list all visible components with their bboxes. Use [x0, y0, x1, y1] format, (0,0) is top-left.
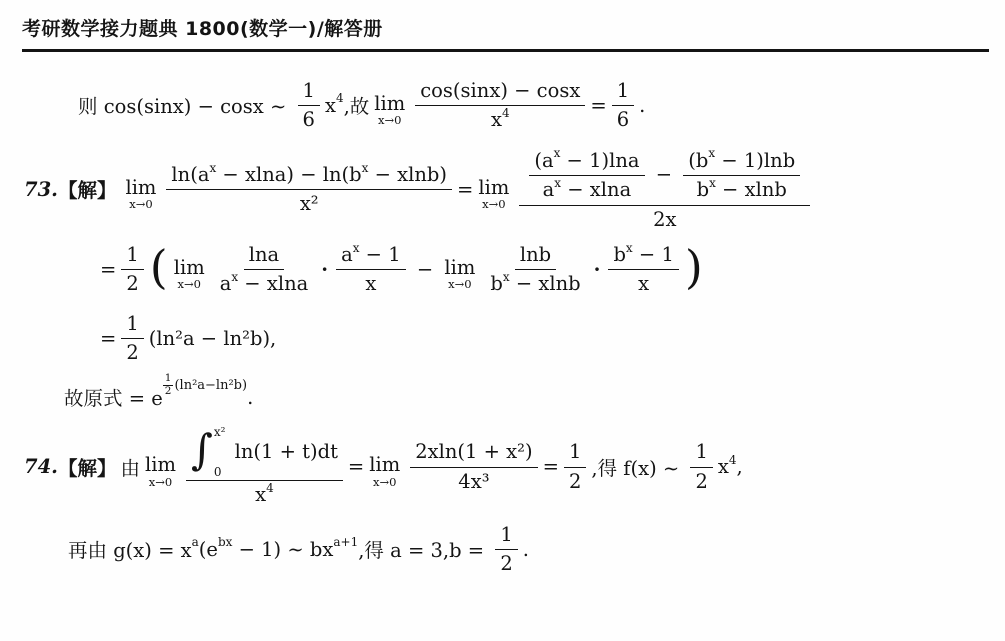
math-text: ,得 f(x) ∼	[591, 453, 685, 481]
fraction-denominator: x	[360, 270, 381, 296]
math-text: a	[341, 243, 353, 267]
equals-sign: =	[457, 178, 473, 201]
equals-sign: =	[100, 327, 116, 350]
math-text: b	[613, 243, 625, 267]
equals-sign: =	[100, 258, 116, 281]
minus-sign: −	[411, 258, 440, 281]
fraction-numerator: 1	[121, 242, 143, 270]
math-text: (a	[534, 149, 553, 173]
fraction-numerator: ∫ x² 0 ln(1 + t)dt	[186, 425, 343, 481]
math-text: x	[491, 108, 502, 132]
fraction-numerator: cos(sinx) − cosx	[415, 78, 585, 106]
fraction-numerator: bx − 1	[608, 242, 678, 270]
fraction-denominator: 2	[121, 270, 143, 296]
math-text: − 1	[633, 243, 674, 267]
math-text: b	[697, 178, 709, 202]
line-73-step3: = 1 2 (ln²a − ln²b),	[100, 311, 989, 366]
minus-sign: −	[650, 163, 679, 187]
limit-subscript: x→0	[129, 199, 152, 211]
math-text: x	[718, 455, 729, 478]
exponent: x	[709, 176, 716, 191]
exponent: 4	[336, 91, 344, 105]
problem-number: 73.	[24, 178, 58, 201]
fraction: 2xln(1 + x²) 4x³	[410, 439, 537, 494]
book-page: 考研数学接力题典 1800(数学一)/解答册 则 cos(sinx) − cos…	[0, 0, 1005, 641]
fraction-numerator: 1	[163, 373, 174, 386]
limit-operator: lim x→0	[125, 178, 156, 211]
integral-sign: ∫	[191, 429, 213, 471]
math-text: − xlnb	[716, 178, 787, 202]
fraction: 1 6	[612, 78, 634, 133]
exponent: x	[554, 146, 561, 161]
math-text: − 1	[359, 243, 400, 267]
exponent: a+1	[333, 535, 358, 549]
limit-subscript: x→0	[448, 279, 471, 291]
math-text: b	[490, 272, 502, 296]
math-text: ,故	[344, 91, 370, 119]
math-text: 则 cos(sinx) − cosx ∼	[78, 91, 293, 119]
period: .	[639, 94, 645, 117]
math-text: (e	[199, 538, 218, 561]
fraction-denominator: 2	[163, 386, 174, 398]
limit-operator: lim x→0	[374, 94, 405, 127]
limit-operator: lim x→0	[478, 178, 509, 211]
fraction-numerator: 1	[564, 439, 586, 467]
exponent-block: 1 2 (ln²a−ln²b)	[163, 373, 247, 397]
big-fraction: (ax − 1)lna ax − xlna − (bx − 1)lnb bx −…	[519, 147, 810, 232]
line-prelude: 则 cos(sinx) − cosx ∼ 1 6 x4 ,故 lim x→0 c…	[78, 78, 989, 133]
multiplication-dot: ·	[321, 258, 328, 281]
fraction: cos(sinx) − cosx x4	[415, 78, 585, 133]
page-header-title: 考研数学接力题典 1800(数学一)/解答册	[22, 14, 989, 41]
period: .	[247, 386, 253, 409]
limit-operator: lim x→0	[145, 455, 176, 488]
fraction-denominator: x4	[486, 106, 515, 132]
math-text: a	[543, 178, 555, 202]
math-text: x	[255, 483, 266, 507]
problem-number: 74.	[24, 455, 58, 478]
fraction-numerator: (ax − 1)lna ax − xlna − (bx − 1)lnb bx −…	[519, 147, 810, 206]
fraction: bx − 1 x	[608, 242, 678, 297]
fraction-denominator: ax − xlna	[538, 176, 637, 202]
fraction: 1 2	[564, 439, 586, 494]
equals-sign: =	[590, 94, 606, 117]
line-73-conclusion: 故原式 = e 1 2 (ln²a−ln²b) .	[64, 383, 989, 411]
line-74-step2: 再由 g(x) = xa (ebx − 1) ∼ bxa+1 ,得 a = 3,…	[68, 522, 989, 577]
exponent: x	[353, 241, 360, 256]
fraction-denominator: 6	[612, 106, 634, 132]
math-text: 由	[120, 453, 140, 481]
line-74-step1: 74. 【解】 由 lim x→0 ∫ x² 0 ln(1 + t)dt x4 …	[24, 425, 989, 507]
line-73-step2: = 1 2 ( lim x→0 lna ax − xlna · ax − 1 x…	[100, 242, 989, 297]
limit-word: lim	[145, 455, 176, 475]
limit-subscript: x→0	[373, 477, 396, 489]
limit-word: lim	[444, 258, 475, 278]
exponent: x	[231, 270, 238, 285]
line-73-step1: 73. 【解】 lim x→0 ln(ax − xlna) − ln(bx − …	[24, 147, 989, 232]
limit-word: lim	[369, 455, 400, 475]
fraction-denominator: 2x	[648, 206, 681, 232]
fraction-denominator: 2	[495, 550, 517, 576]
limit-word: lim	[174, 258, 205, 278]
math-text: ,得 a = 3,b =	[358, 535, 490, 563]
fraction-denominator: 4x³	[453, 468, 494, 494]
fraction: lnb bx − xlnb	[485, 242, 585, 297]
fraction-denominator: 2	[564, 468, 586, 494]
limit-subscript: x→0	[149, 477, 172, 489]
exponent: 4	[266, 481, 274, 496]
integral-upper-bound: x²	[214, 426, 226, 438]
fraction-numerator: ax − 1	[336, 242, 406, 270]
math-text: − xlna) − ln(b	[216, 163, 361, 187]
limit-word: lim	[125, 178, 156, 198]
fraction-denominator: 2	[121, 339, 143, 365]
exponent: x	[209, 161, 216, 176]
fraction-denominator: bx − xlnb	[485, 270, 585, 296]
math-text: x	[325, 94, 336, 117]
fraction-numerator: (bx − 1)lnb	[683, 148, 800, 176]
fraction-denominator: ax − xlna	[215, 270, 314, 296]
limit-operator: lim x→0	[369, 455, 400, 488]
fraction-numerator: lna	[244, 242, 284, 270]
fraction-numerator: 1	[298, 78, 320, 106]
exponent: bx	[218, 535, 232, 549]
math-text: 故原式 = e	[64, 383, 163, 411]
fraction-numerator: (ax − 1)lna	[529, 148, 644, 176]
exponent: x	[503, 270, 510, 285]
fraction: 1 6	[298, 78, 320, 133]
fraction: (bx − 1)lnb bx − xlnb	[683, 148, 800, 203]
limit-subscript: x→0	[378, 115, 401, 127]
limit-operator: lim x→0	[174, 258, 205, 291]
fraction: 1 2	[495, 522, 517, 577]
solution-tag: 【解】	[58, 453, 117, 481]
math-text: − 1)lna	[560, 149, 639, 173]
fraction: ln(ax − xlna) − ln(bx − xlnb) x²	[166, 162, 452, 217]
fraction-denominator: bx − xlnb	[692, 176, 792, 202]
math-text: ln(a	[171, 163, 209, 187]
fraction: (ax − 1)lna ax − xlna	[529, 148, 644, 203]
math-text: − xlnb	[510, 272, 581, 296]
math-text: (b	[688, 149, 708, 173]
fraction-numerator: 1	[495, 522, 517, 550]
limit-word: lim	[374, 94, 405, 114]
fraction: ax − 1 x	[336, 242, 406, 297]
math-text: (ln²a−ln²b)	[174, 378, 247, 393]
exponent: 4	[502, 106, 510, 121]
fraction: 1 2	[690, 439, 712, 494]
exponent: x	[362, 161, 369, 176]
integral-lower-bound: 0	[214, 466, 222, 478]
limit-subscript: x→0	[482, 199, 505, 211]
fraction-denominator: x	[633, 270, 654, 296]
math-text: − xlna	[561, 178, 631, 202]
exponent: x	[554, 176, 561, 191]
exponent: 4	[729, 453, 737, 467]
fraction-numerator: ln(ax − xlna) − ln(bx − xlnb)	[166, 162, 452, 190]
solution-tag: 【解】	[58, 175, 117, 203]
math-text: ln(1 + t)dt	[228, 440, 338, 464]
integral-fraction: ∫ x² 0 ln(1 + t)dt x4	[186, 425, 343, 507]
integral-bounds: x² 0	[214, 426, 226, 478]
fraction: lna ax − xlna	[215, 242, 314, 297]
exponent: x	[708, 146, 715, 161]
header-rule	[22, 49, 989, 52]
fraction-numerator: 1	[612, 78, 634, 106]
limit-word: lim	[478, 178, 509, 198]
limit-subscript: x→0	[177, 279, 200, 291]
exponent: a	[192, 535, 199, 549]
math-text: − 1) ∼ bx	[232, 538, 333, 561]
math-text: a	[220, 272, 232, 296]
tiny-fraction: 1 2	[163, 373, 174, 397]
multiplication-dot: ·	[594, 258, 601, 281]
fraction: 1 2	[121, 242, 143, 297]
exponent: x	[626, 241, 633, 256]
math-text: (ln²a − ln²b),	[149, 327, 276, 350]
equals-sign: =	[543, 455, 559, 478]
comma: ,	[737, 455, 743, 478]
fraction-numerator: 2xln(1 + x²)	[410, 439, 537, 467]
fraction-denominator: 2	[690, 468, 712, 494]
period: .	[523, 538, 529, 561]
integral: ∫ x² 0	[191, 426, 225, 478]
math-text: − xlnb)	[368, 163, 447, 187]
fraction-denominator: 6	[298, 106, 320, 132]
fraction-denominator: x4	[250, 481, 279, 507]
limit-operator: lim x→0	[444, 258, 475, 291]
math-text: − 1)lnb	[715, 149, 795, 173]
fraction-denominator: x²	[295, 190, 324, 216]
fraction: 1 2	[121, 311, 143, 366]
math-text: − xlna	[238, 272, 308, 296]
fraction-numerator: 1	[690, 439, 712, 467]
fraction-numerator: 1	[121, 311, 143, 339]
fraction-numerator: lnb	[515, 242, 556, 270]
equals-sign: =	[348, 455, 364, 478]
math-text: 再由 g(x) = x	[68, 535, 192, 563]
